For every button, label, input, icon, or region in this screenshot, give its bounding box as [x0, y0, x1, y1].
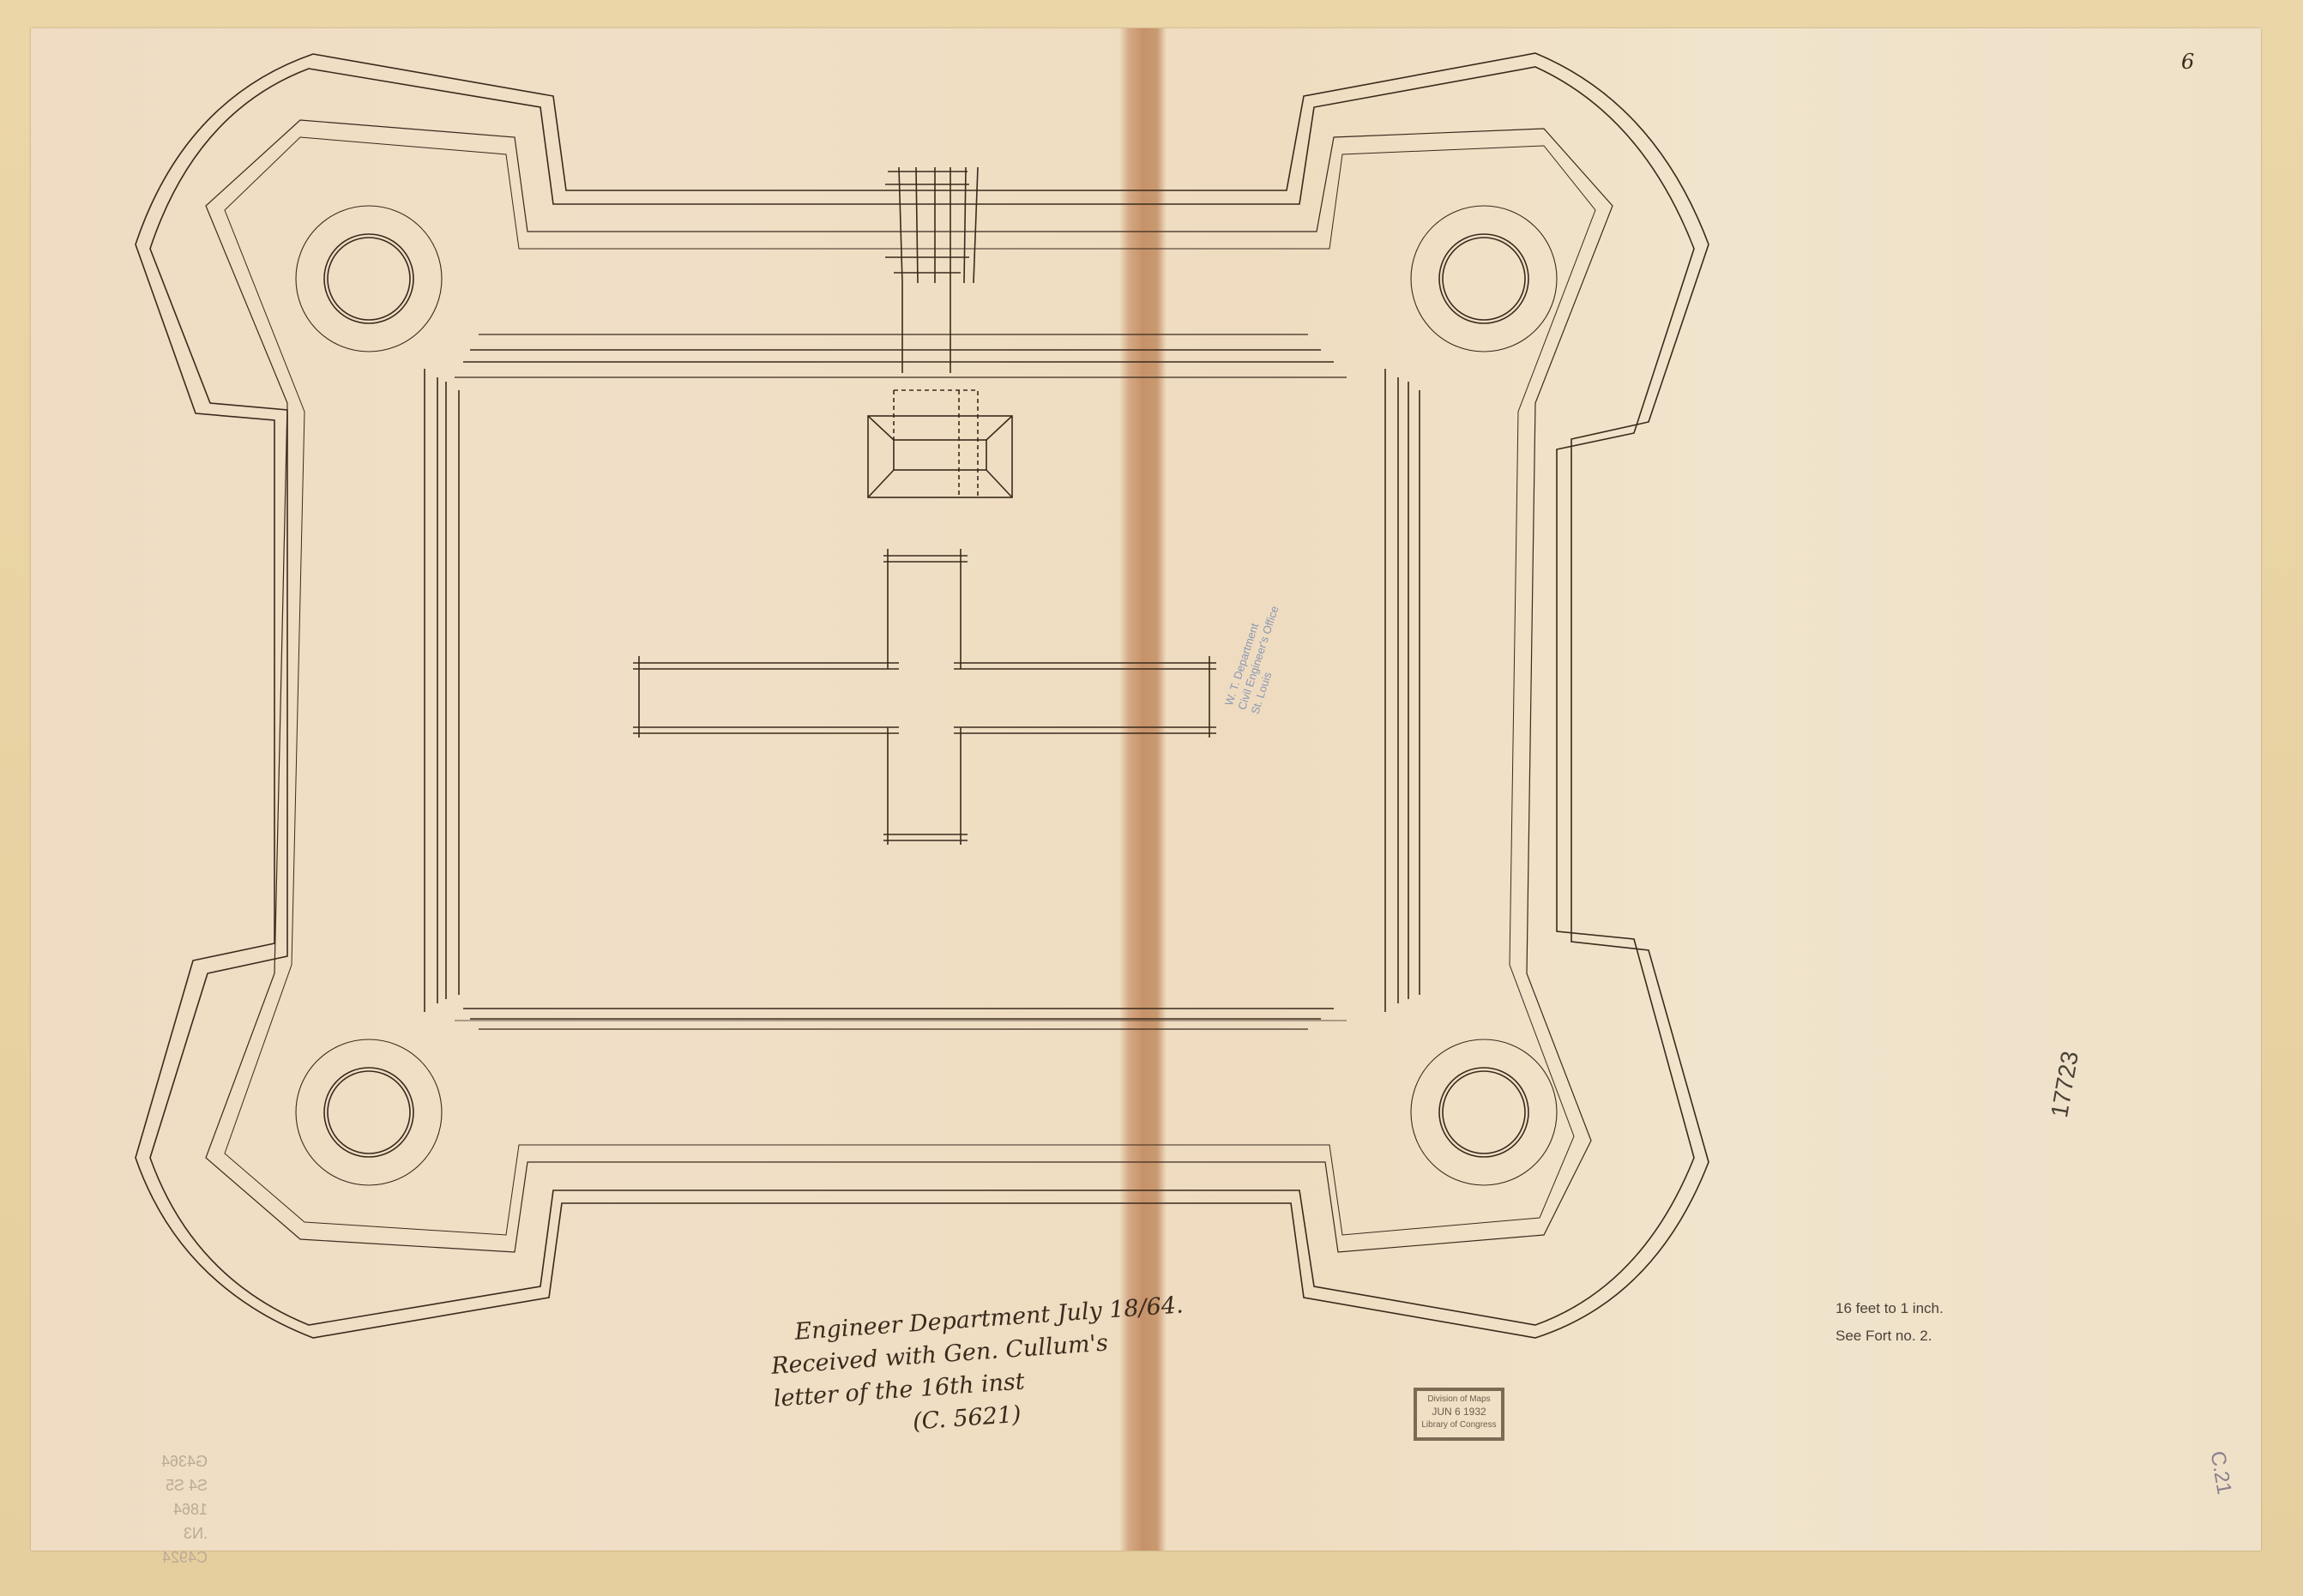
faded-call-number: G4364 S4 S5 1864 .N3 C4924	[161, 1449, 208, 1569]
faded-line: C4924	[161, 1545, 208, 1569]
scale-note: 16 feet to 1 inch. See Fort no. 2.	[1836, 1295, 1944, 1350]
faded-line: .N3	[161, 1521, 208, 1545]
page-number: 6	[2181, 50, 2194, 74]
stamp-line-1: Division of Maps	[1417, 1393, 1501, 1406]
stamp-line-3: Library of Congress	[1417, 1418, 1501, 1431]
library-stamp: Division of Maps JUN 6 1932 Library of C…	[1414, 1388, 1504, 1441]
scale-line-1: 16 feet to 1 inch.	[1836, 1295, 1944, 1322]
stamp-line-2: JUN 6 1932	[1417, 1406, 1501, 1418]
faded-line: S4 S5	[161, 1473, 208, 1497]
scale-line-2: See Fort no. 2.	[1836, 1322, 1944, 1350]
faded-line: G4364	[161, 1449, 208, 1473]
faded-line: 1864	[161, 1497, 208, 1521]
